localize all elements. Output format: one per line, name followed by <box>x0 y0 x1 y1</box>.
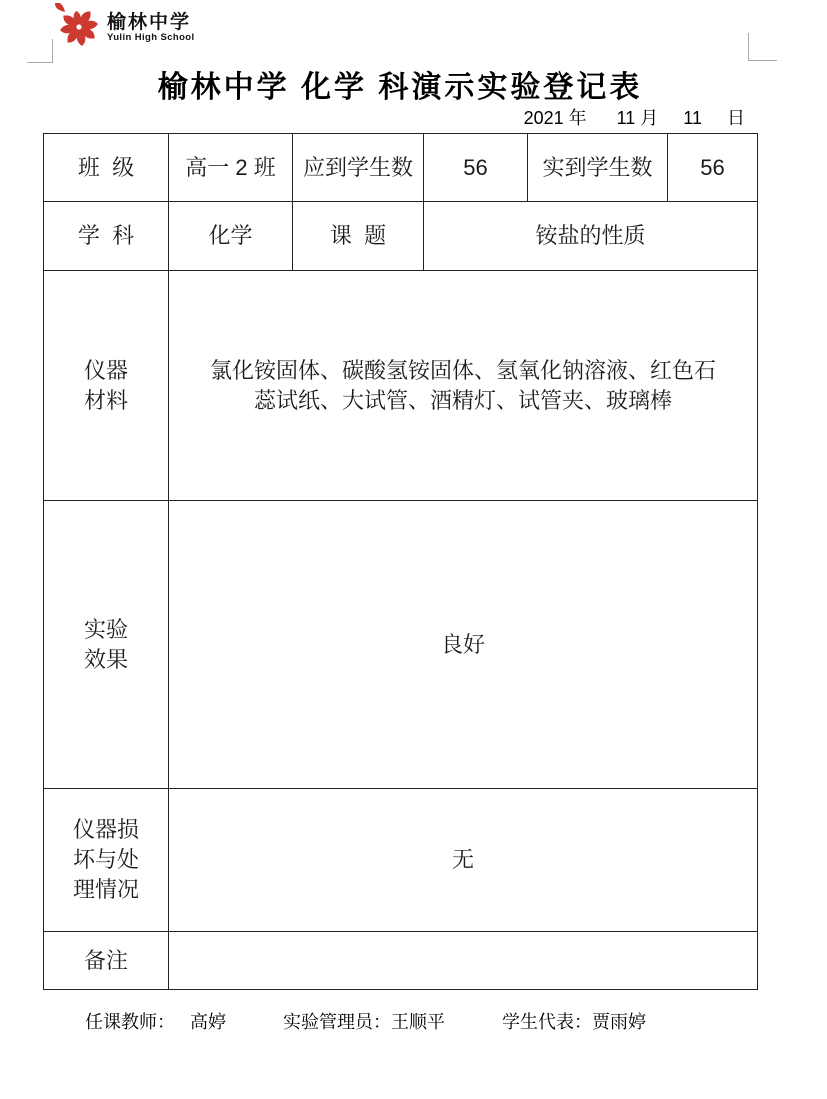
cell-damage-value: 无 <box>169 789 758 932</box>
table-row-remarks: 备注 <box>44 932 758 990</box>
footer-student-representative: 学生代表：贾雨婷 <box>502 1008 646 1034</box>
signature-line: 任课教师：高婷 实验管理员：王顺平 学生代表：贾雨婷 <box>85 1008 646 1034</box>
cell-topic-label: 课 题 <box>293 202 424 271</box>
page-title: 榆林中学 化学 科演示实验登记表 <box>43 62 757 106</box>
lab-manager-name: 王顺平 <box>391 1012 445 1032</box>
lab-manager-label: 实验管理员： <box>283 1012 391 1032</box>
table-row-subject: 学 科 化学 课 题 铵盐的性质 <box>44 202 758 271</box>
student-representative-name: 贾雨婷 <box>592 1012 646 1032</box>
cell-subject-value: 化学 <box>169 202 293 271</box>
cell-remarks-label: 备注 <box>44 932 169 990</box>
cell-expected-students-value: 56 <box>424 134 528 202</box>
cell-materials-value: 氯化铵固体、碳酸氢铵固体、氢氧化钠溶液、红色石 蕊试纸、大试管、酒精灯、试管夹、… <box>169 271 758 501</box>
school-logo-text: 榆林中学 Yulin High School <box>107 13 195 44</box>
table-row-class: 班 级 高一 2 班 应到学生数 56 实到学生数 56 <box>44 134 758 202</box>
teacher-label: 任课教师： <box>85 1012 175 1032</box>
cell-remarks-value <box>169 932 758 990</box>
cell-expected-students-label: 应到学生数 <box>293 134 424 202</box>
document-page: 榆林中学 Yulin High School 榆林中学 化学 科演示实验登记表 … <box>0 0 827 1099</box>
teacher-name: 高婷 <box>190 1012 226 1032</box>
document-date: 2021 年 11 月 11 日 <box>43 104 745 130</box>
footer-teacher: 任课教师：高婷 <box>85 1008 226 1034</box>
flower-pinwheel-icon <box>54 3 100 53</box>
cell-actual-students-label: 实到学生数 <box>528 134 668 202</box>
footer-lab-manager: 实验管理员：王顺平 <box>283 1008 445 1034</box>
cell-class-label: 班 级 <box>44 134 169 202</box>
margin-crop-mark-top-right <box>748 33 777 61</box>
margin-crop-mark-top-left <box>27 39 53 63</box>
table-row-damage: 仪器损 坏与处 理情况 无 <box>44 789 758 932</box>
cell-damage-label: 仪器损 坏与处 理情况 <box>44 789 169 932</box>
experiment-registration-table: 班 级 高一 2 班 应到学生数 56 实到学生数 56 学 科 化学 课 题 … <box>43 133 758 990</box>
cell-actual-students-value: 56 <box>668 134 758 202</box>
cell-result-label: 实验 效果 <box>44 501 169 789</box>
table-row-experiment-result: 实验 效果 良好 <box>44 501 758 789</box>
cell-subject-label: 学 科 <box>44 202 169 271</box>
school-name-english: Yulin High School <box>107 32 195 43</box>
school-name-chinese: 榆林中学 <box>107 13 195 33</box>
cell-materials-label: 仪器 材料 <box>44 271 169 501</box>
student-representative-label: 学生代表： <box>502 1012 592 1032</box>
cell-result-value: 良好 <box>169 501 758 789</box>
cell-topic-value: 铵盐的性质 <box>424 202 758 271</box>
table-row-materials: 仪器 材料 氯化铵固体、碳酸氢铵固体、氢氧化钠溶液、红色石 蕊试纸、大试管、酒精… <box>44 271 758 501</box>
cell-class-value: 高一 2 班 <box>169 134 293 202</box>
school-logo: 榆林中学 Yulin High School <box>54 3 195 53</box>
